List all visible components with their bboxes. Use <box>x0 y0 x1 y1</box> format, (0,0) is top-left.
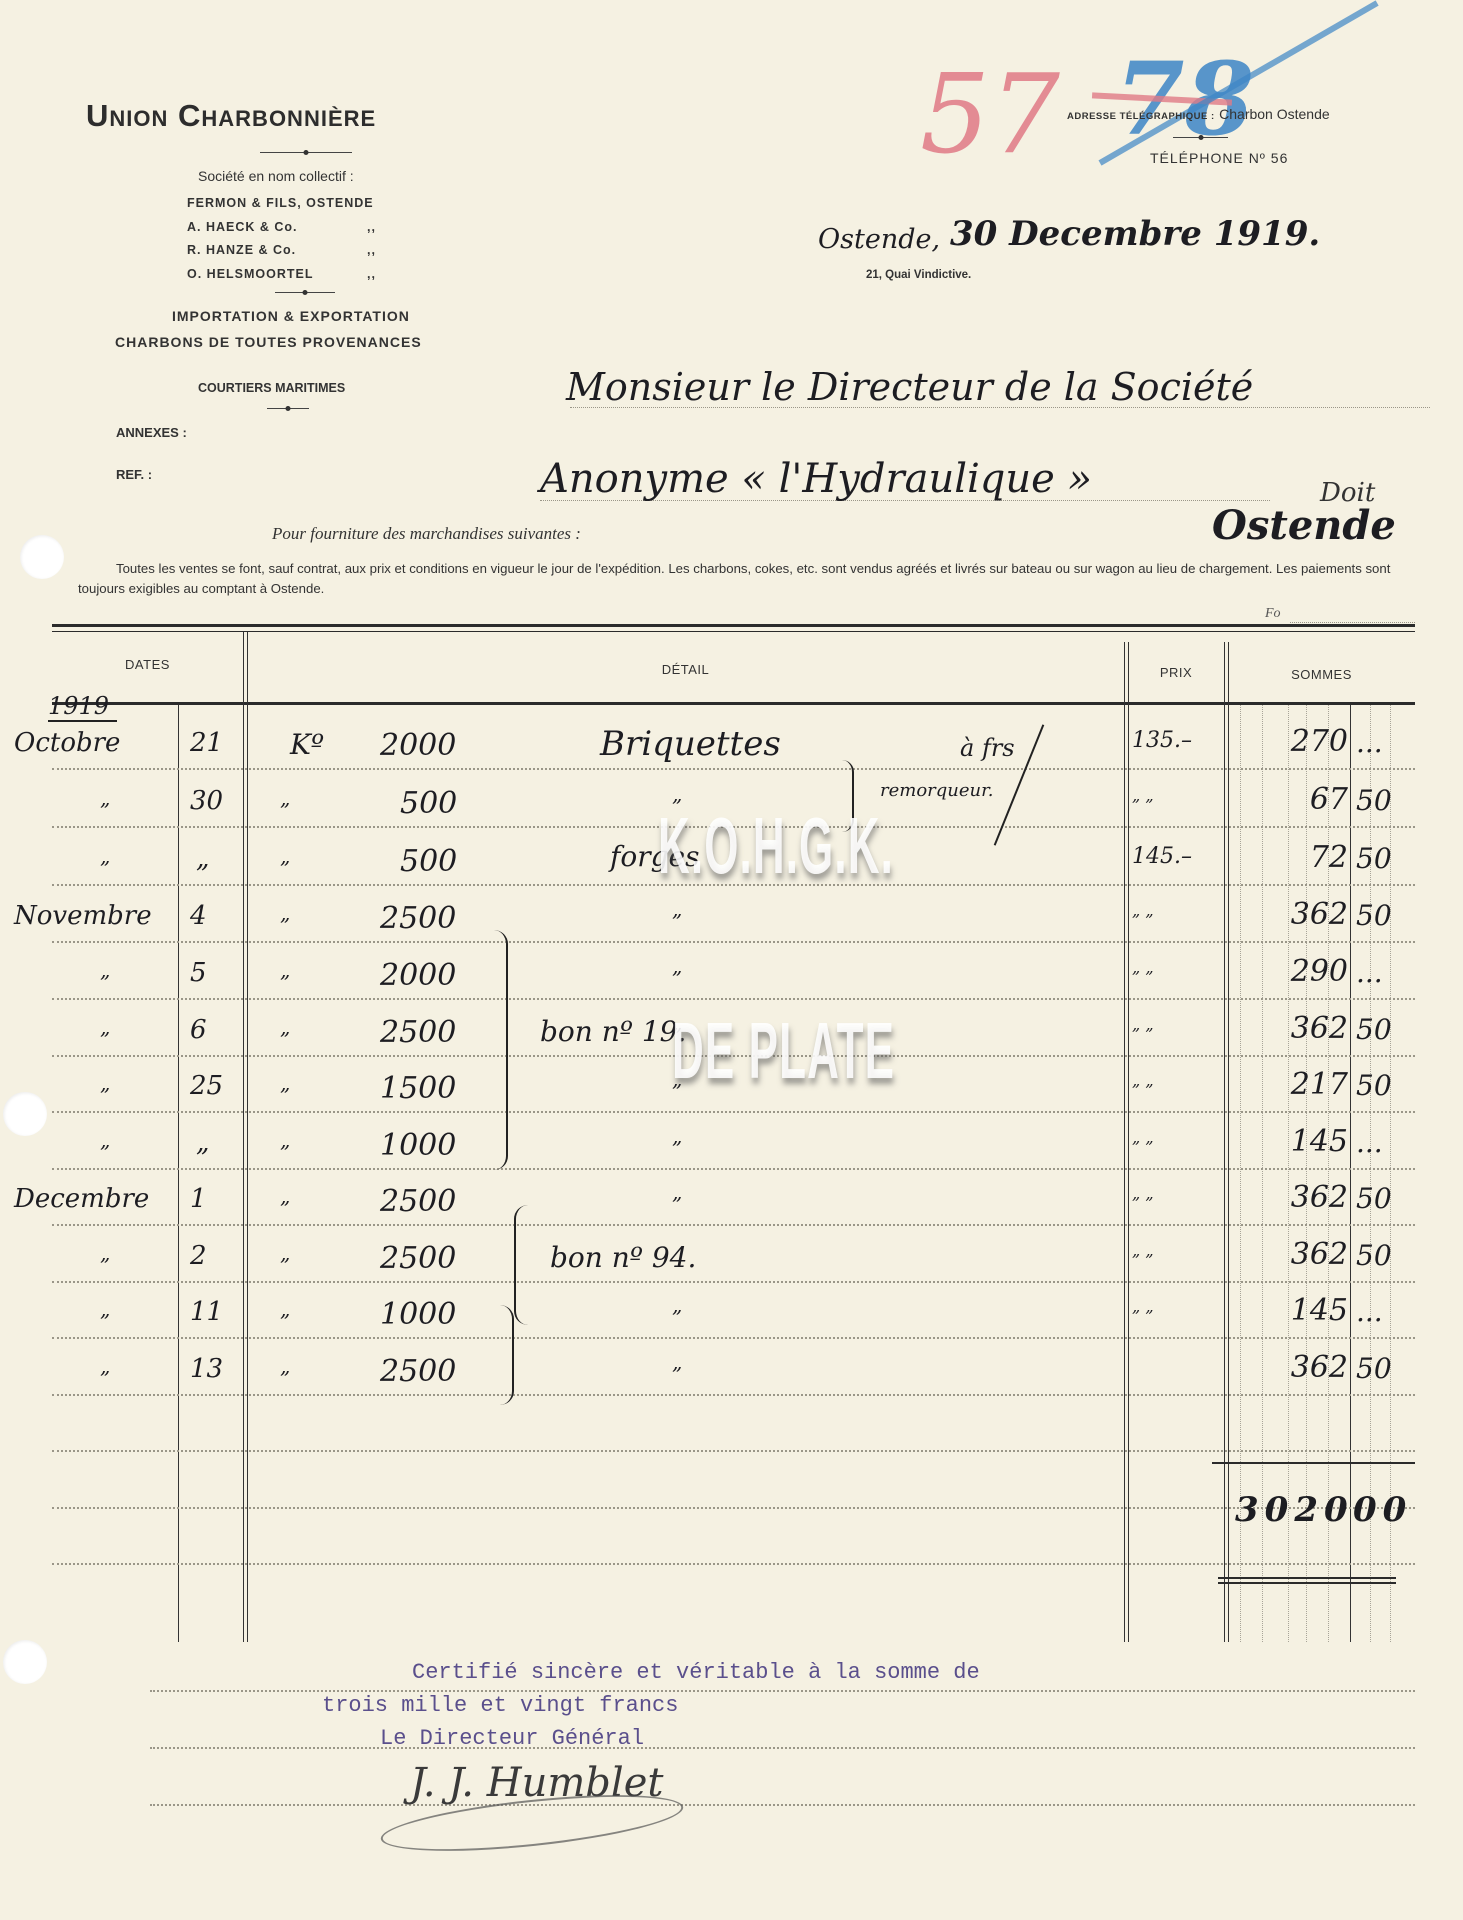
row-francs: 290 <box>1278 954 1348 989</box>
row-francs: 72 <box>1278 840 1348 875</box>
row-quantity: 2500 <box>380 1354 456 1389</box>
invoice-date: 30 Decembre 1919. <box>950 214 1320 254</box>
row-item: „ <box>672 1293 682 1317</box>
row-quantity: 1000 <box>380 1128 456 1163</box>
row-month: „ <box>100 1241 110 1265</box>
col-divider-sommes <box>1224 642 1225 1642</box>
table-header-rule <box>52 702 1415 705</box>
column-header-detail: DÉTAIL <box>247 662 1124 677</box>
row-month: „ <box>100 958 110 982</box>
col-divider-dates <box>247 632 248 1642</box>
punch-hole-bottom <box>3 1640 47 1684</box>
row-quantity: 2500 <box>380 901 456 936</box>
activity-coal: CHARBONS DE TOUTES PROVENANCES <box>115 334 422 350</box>
row-price: „ „ <box>1132 901 1154 920</box>
watermark-line-2: DE PLATE <box>672 1005 895 1097</box>
table-top-rule <box>52 624 1415 627</box>
row-month: „ <box>100 786 110 810</box>
row-price: 145.– <box>1132 844 1192 869</box>
row-day: 30 <box>190 786 223 816</box>
bracket <box>514 1205 528 1325</box>
red-crayon-number: 57 <box>920 50 1060 178</box>
row-quantity: 2500 <box>380 1015 456 1050</box>
row-day: „ <box>196 1128 209 1158</box>
col-divider-sommes <box>1228 642 1229 1642</box>
row-line <box>52 1224 1415 1226</box>
row-francs: 67 <box>1278 782 1348 817</box>
row-day: 6 <box>190 1015 207 1045</box>
row-item: „ <box>672 1124 682 1148</box>
row-line <box>52 768 1415 770</box>
row-francs: 362 <box>1278 897 1348 932</box>
row-price: 135.– <box>1132 728 1192 753</box>
total-double-rule <box>1218 1582 1396 1584</box>
row-francs: 362 <box>1278 1180 1348 1215</box>
row-price: „ „ <box>1132 786 1154 805</box>
row-francs: 217 <box>1278 1067 1348 1102</box>
total-double-rule <box>1218 1577 1396 1579</box>
row-cents: 50 <box>1356 1352 1392 1385</box>
row-month: „ <box>100 1354 110 1378</box>
row-month: „ <box>100 1128 110 1152</box>
row-price: „ „ <box>1132 1241 1154 1260</box>
row-day: 13 <box>190 1354 223 1384</box>
partner-row: FERMON & FILS, OSTENDE <box>187 192 374 216</box>
col-divider-day <box>178 705 179 1642</box>
partner-name: O. HELSMOORTEL <box>187 267 314 281</box>
row-francs: 270 <box>1278 724 1348 759</box>
row-francs: 362 <box>1278 1237 1348 1272</box>
bracket <box>494 930 508 1170</box>
company-name: Union Charbonnière <box>86 98 376 134</box>
row-day: „ <box>196 844 209 874</box>
column-header-prix: PRIX <box>1128 665 1224 680</box>
partner-row: R. HANZE & Co.,, <box>187 239 374 263</box>
row-line <box>150 1804 1415 1806</box>
street-address: 21, Quai Vindictive. <box>866 269 971 281</box>
side-note-price: à frs <box>960 734 1015 762</box>
row-unit: „ <box>280 901 290 925</box>
punch-hole-middle <box>3 1092 47 1136</box>
row-unit: „ <box>280 1241 290 1265</box>
row-item: Briquettes <box>600 724 781 764</box>
row-line <box>52 1563 1415 1565</box>
punch-hole-top <box>20 535 64 579</box>
column-header-dates: DATES <box>52 657 243 672</box>
year: 1919 <box>48 692 117 722</box>
row-month: Novembre <box>14 901 152 931</box>
row-price: „ „ <box>1132 1015 1154 1034</box>
col-divider-dates <box>243 632 244 1642</box>
row-price: „ „ <box>1132 1184 1154 1203</box>
row-line <box>150 1747 1415 1749</box>
row-quantity: 500 <box>400 786 457 821</box>
row-day: 11 <box>190 1297 223 1327</box>
annexes-label: ANNEXES : <box>116 425 187 440</box>
ornament-divider <box>260 152 352 153</box>
folio-line <box>1290 622 1415 623</box>
phone-number: TÉLÉPHONE Nº 56 <box>1150 150 1288 166</box>
row-price: „ „ <box>1132 1071 1154 1090</box>
supply-label: Pour fourniture des marchandises suivant… <box>272 524 581 544</box>
watermark-line-1: K.O.H.G.K. <box>658 800 894 892</box>
row-month: Octobre <box>14 728 120 758</box>
row-francs: 145 <box>1278 1124 1348 1159</box>
row-unit: „ <box>280 958 290 982</box>
telegraph-value: Charbon Ostende <box>1219 106 1330 122</box>
row-item: „ <box>672 954 682 978</box>
row-note: bon nº 19. <box>540 1015 686 1048</box>
ditto-mark: ,, <box>367 239 376 263</box>
place: Ostende, <box>818 224 940 255</box>
row-cents: 50 <box>1356 1182 1392 1215</box>
row-cents: 50 <box>1356 899 1392 932</box>
row-price: „ „ <box>1132 1128 1154 1147</box>
total-cents: 00 <box>1353 1490 1412 1530</box>
activity-import-export: IMPORTATION & EXPORTATION <box>172 308 410 324</box>
row-line <box>150 1690 1415 1692</box>
certification-line-1: Certifié sincère et véritable à la somme… <box>412 1660 980 1685</box>
row-francs: 362 <box>1278 1011 1348 1046</box>
row-francs: 362 <box>1278 1350 1348 1385</box>
bracket <box>500 1305 514 1405</box>
partner-name: FERMON & FILS, OSTENDE <box>187 196 374 210</box>
row-cents: 50 <box>1356 1239 1392 1272</box>
row-month: „ <box>100 1071 110 1095</box>
row-cents: 50 <box>1356 1013 1392 1046</box>
row-francs: 145 <box>1278 1293 1348 1328</box>
row-line <box>52 941 1415 943</box>
total-rule <box>1212 1462 1415 1464</box>
row-line <box>52 1168 1415 1170</box>
row-unit: „ <box>280 1297 290 1321</box>
row-line <box>52 1507 1415 1509</box>
activity-brokers: COURTIERS MARITIMES <box>198 381 345 395</box>
row-month: „ <box>100 1015 110 1039</box>
row-cents: 50 <box>1356 1069 1392 1102</box>
row-cents: 50 <box>1356 842 1392 875</box>
row-line <box>52 1337 1415 1339</box>
row-price: „ „ <box>1132 1297 1154 1316</box>
recipient-line-2: Anonyme « l'Hydraulique » <box>540 456 1092 502</box>
row-line <box>52 998 1415 1000</box>
row-unit: „ <box>280 1128 290 1152</box>
ditto-mark: ,, <box>367 263 376 287</box>
telegraph-label: ADRESSE TÉLÉGRAPHIQUE : <box>1067 111 1215 122</box>
ornament-divider <box>267 408 309 409</box>
row-cents: ... <box>1356 956 1383 989</box>
row-quantity: 2500 <box>380 1184 456 1219</box>
partner-name: R. HANZE & Co. <box>187 243 296 257</box>
row-unit: Kº <box>290 728 324 761</box>
partner-row: O. HELSMOORTEL,, <box>187 263 374 287</box>
row-price: „ „ <box>1132 958 1154 977</box>
row-day: 2 <box>190 1241 207 1271</box>
table-top-rule-thin <box>52 631 1415 632</box>
row-cents: ... <box>1356 726 1383 759</box>
row-quantity: 1500 <box>380 1071 456 1106</box>
partner-name: A. HAECK & Co. <box>187 220 298 234</box>
ornament-divider <box>275 292 335 293</box>
side-note-tug: remorqueur. <box>880 780 993 801</box>
row-item: „ <box>672 897 682 921</box>
total-francs: 3020 <box>1235 1490 1354 1530</box>
row-quantity: 1000 <box>380 1297 456 1332</box>
row-unit: „ <box>280 786 290 810</box>
partnership-label: Société en nom collectif : <box>198 168 354 184</box>
row-line <box>52 1394 1415 1396</box>
row-unit: „ <box>280 844 290 868</box>
ref-label: REF. : <box>116 467 152 482</box>
partner-row: A. HAECK & Co.,, <box>187 216 374 240</box>
terms-text: Toutes les ventes se font, sauf contrat,… <box>78 559 1398 599</box>
row-unit: „ <box>280 1354 290 1378</box>
recipient-line-1: Monsieur le Directeur de la Société <box>566 365 1253 409</box>
row-month: „ <box>100 844 110 868</box>
row-month: Decembre <box>14 1184 149 1214</box>
row-quantity: 2000 <box>380 728 456 763</box>
row-quantity: 500 <box>400 844 457 879</box>
row-cents: ... <box>1356 1295 1383 1328</box>
row-line <box>52 1450 1415 1452</box>
ditto-mark: ,, <box>367 216 376 240</box>
row-unit: „ <box>280 1184 290 1208</box>
certification-line-2: trois mille et vingt francs <box>322 1693 678 1718</box>
telegraph-address: ADRESSE TÉLÉGRAPHIQUE : Charbon Ostende <box>1067 106 1330 124</box>
row-quantity: 2000 <box>380 958 456 993</box>
row-day: 1 <box>190 1184 207 1214</box>
recipient-city: Ostende <box>1212 502 1396 549</box>
folio-label: Fo <box>1265 606 1281 622</box>
col-divider-prix <box>1124 642 1125 1642</box>
row-quantity: 2500 <box>380 1241 456 1276</box>
row-cents: 50 <box>1356 784 1392 817</box>
certification-line-3: Le Directeur Général <box>380 1726 644 1751</box>
row-unit: „ <box>280 1071 290 1095</box>
row-line <box>52 1111 1415 1113</box>
row-day: 25 <box>190 1071 223 1101</box>
row-day: 5 <box>190 958 207 988</box>
row-item: „ <box>672 1180 682 1204</box>
row-note: bon nº 94. <box>550 1241 696 1274</box>
row-item: „ <box>672 1350 682 1374</box>
row-line <box>52 1281 1415 1283</box>
column-header-sommes: SOMMES <box>1228 667 1415 682</box>
row-month: „ <box>100 1297 110 1321</box>
col-divider-prix <box>1128 642 1129 1642</box>
row-unit: „ <box>280 1015 290 1039</box>
row-day: 4 <box>190 901 207 931</box>
row-day: 21 <box>190 728 223 758</box>
row-cents: ... <box>1356 1126 1383 1159</box>
ornament-divider <box>1173 137 1228 138</box>
partners-list: FERMON & FILS, OSTENDE A. HAECK & Co.,, … <box>187 192 374 286</box>
